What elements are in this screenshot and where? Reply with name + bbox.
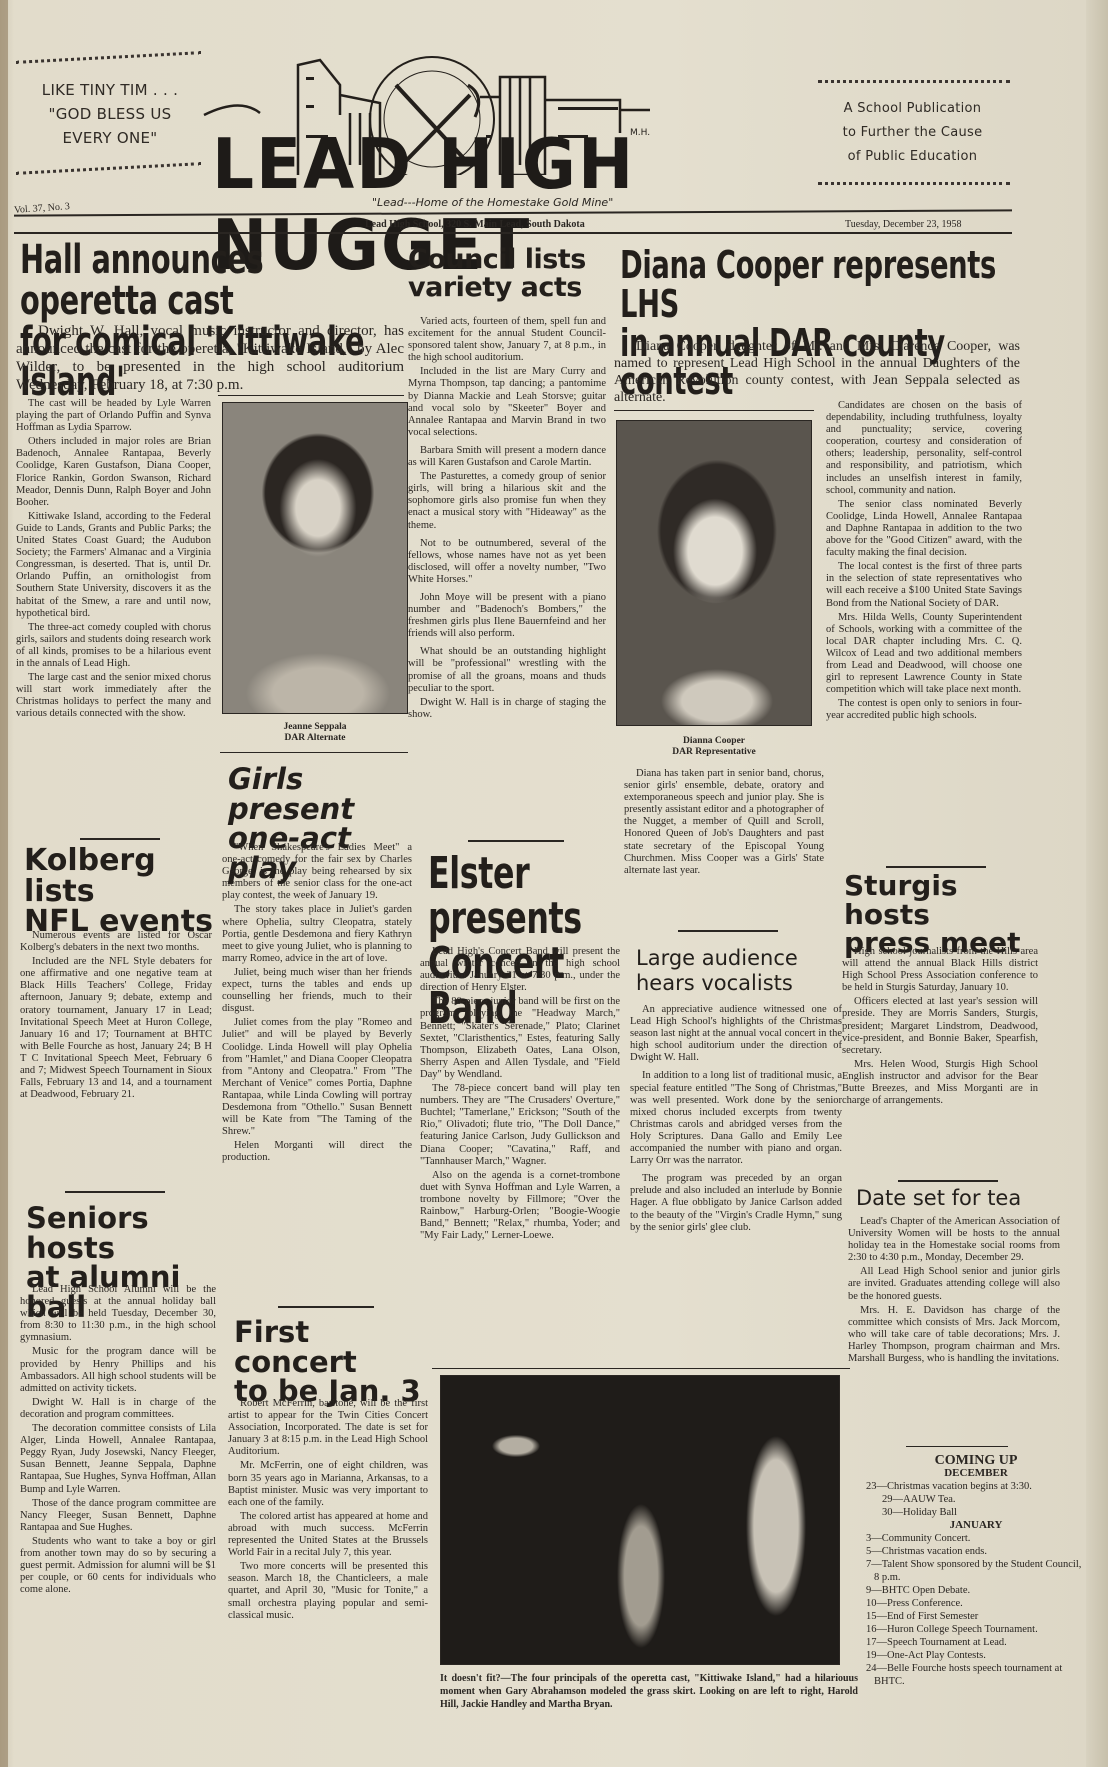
headline-sturgis: Sturgis hosts press meet bbox=[844, 872, 1044, 958]
ear-line: LIKE TINY TIM . . . bbox=[30, 78, 190, 102]
calendar-item: 16—Huron College Speech Tournament. bbox=[866, 1623, 1086, 1636]
calendar-item: 3—Community Concert. bbox=[866, 1532, 1086, 1545]
tea-body: Lead's Chapter of the American Associati… bbox=[848, 1216, 1060, 1367]
divider bbox=[80, 838, 160, 840]
headline-line: Date set for tea bbox=[856, 1188, 1056, 1209]
paragraph: High school journalists from the Hills a… bbox=[842, 946, 1038, 994]
paragraph: Mrs. Hilda Wells, County Superintendent … bbox=[826, 612, 1022, 697]
divider bbox=[220, 752, 408, 753]
paragraph: Kittiwake Island, according to the Feder… bbox=[16, 511, 211, 620]
paragraph: John Moye will be present with a piano n… bbox=[408, 592, 606, 640]
photo-caption-operetta: It doesn't fit?—The four principals of t… bbox=[440, 1672, 858, 1711]
headline-line: Kolberg lists bbox=[24, 846, 214, 907]
calendar-item: 30—Holiday Ball bbox=[866, 1506, 1086, 1519]
divider bbox=[432, 1368, 850, 1369]
paragraph: Students who want to take a boy or girl … bbox=[20, 1536, 216, 1596]
paragraph: All Lead High School senior and junior g… bbox=[848, 1266, 1060, 1302]
divider bbox=[906, 1446, 1008, 1447]
headline-vocalists: Large audience hears vocalists bbox=[636, 946, 836, 996]
paragraph: Two more concerts will be presented this… bbox=[228, 1561, 428, 1621]
caption-text: It doesn't fit?—The four principals of t… bbox=[440, 1672, 858, 1711]
caption-line: DAR Alternate bbox=[222, 733, 408, 744]
paragraph: An appreciative audience witnessed one o… bbox=[630, 1004, 842, 1064]
lead-paragraph: Dwight W. Hall, vocal music instructor a… bbox=[16, 322, 404, 394]
elster-body: Lead High's Concert Band will present th… bbox=[420, 946, 620, 1244]
ornament-rule bbox=[16, 162, 201, 176]
divider bbox=[278, 1306, 374, 1308]
caption-line: DAR Representative bbox=[616, 747, 812, 758]
paragraph: Not to be outnumbered, several of the fe… bbox=[408, 538, 606, 586]
ornament-rule bbox=[16, 51, 201, 65]
paragraph: Dwight W. Hall is in charge of the decor… bbox=[20, 1397, 216, 1421]
paragraph: Officers elected at last year's session … bbox=[842, 996, 1038, 1056]
calendar-item: 19—One-Act Play Contests. bbox=[866, 1649, 1086, 1662]
calendar-item: 10—Press Conference. bbox=[866, 1597, 1086, 1610]
divider bbox=[678, 930, 778, 932]
headline-line: Diana Cooper represents LHS bbox=[620, 246, 1023, 324]
page-edge-left bbox=[0, 0, 8, 1767]
calendar-item: 17—Speech Tournament at Lead. bbox=[866, 1636, 1086, 1649]
headline-line: variety acts bbox=[408, 274, 608, 302]
caption-line: Jeanne Seppala bbox=[222, 722, 408, 733]
ear-line: to Further the Cause bbox=[830, 121, 995, 145]
school-address: Lead High School, 320 S. Main Lead, Sout… bbox=[365, 219, 585, 230]
paragraph: Lead High's Concert Band will present th… bbox=[420, 946, 620, 994]
headline-line: Elster presents bbox=[428, 852, 615, 942]
seniors-body: Lead High School Alumni will be the hono… bbox=[20, 1284, 216, 1598]
masthead-tagline: "Lead---Home of the Homestake Gold Mine" bbox=[372, 196, 613, 209]
paragraph: Mrs. Helen Wood, Sturgis High School Eng… bbox=[842, 1059, 1038, 1107]
ear-line: "GOD BLESS US bbox=[30, 102, 190, 126]
paragraph: Juliet comes from the play "Romeo and Ju… bbox=[222, 1017, 412, 1138]
headline-tea: Date set for tea bbox=[856, 1188, 1056, 1209]
calendar-item: 29—AAUW Tea. bbox=[866, 1493, 1086, 1506]
paragraph: The senior class nominated Beverly Cooli… bbox=[826, 499, 1022, 559]
headline-line: First concert bbox=[234, 1318, 434, 1377]
paragraph: "When Shakespeare's Ladies Meet" a one-a… bbox=[222, 842, 412, 902]
paragraph: Barbara Smith will present a modern danc… bbox=[408, 445, 606, 469]
divider bbox=[886, 866, 986, 868]
paragraph: The contest is open only to seniors in f… bbox=[826, 698, 1022, 722]
paragraph: The decoration committee consists of Lil… bbox=[20, 1423, 216, 1496]
masthead-rule bbox=[14, 232, 1012, 234]
headline-line: Large audience bbox=[636, 946, 836, 971]
calendar-item: 23—Christmas vacation begins at 3:30. bbox=[866, 1480, 1086, 1493]
ear-line: A School Publication bbox=[830, 97, 995, 121]
issue-date: Tuesday, December 23, 1958 bbox=[845, 219, 961, 230]
girls-play-body: "When Shakespeare's Ladies Meet" a one-a… bbox=[222, 842, 412, 1166]
caption-line: Dianna Cooper bbox=[616, 736, 812, 747]
newspaper-page: LIKE TINY TIM . . . "GOD BLESS US EVERY … bbox=[0, 0, 1108, 1767]
paragraph: The program was preceded by an organ pre… bbox=[630, 1173, 842, 1233]
calendar-item: 7—Talent Show sponsored by the Student C… bbox=[866, 1558, 1086, 1584]
calendar-item: 24—Belle Fourche hosts speech tournament… bbox=[866, 1662, 1086, 1688]
right-ear: A School Publication to Further the Caus… bbox=[830, 97, 995, 169]
coming-up-calendar: COMING UP DECEMBER 23—Christmas vacation… bbox=[866, 1454, 1086, 1688]
divider bbox=[898, 1180, 998, 1182]
headline-kolberg: Kolberg lists NFL events bbox=[24, 846, 214, 938]
paragraph: The 78-piece concert band will play ten … bbox=[420, 1083, 620, 1168]
calendar-item: 15—End of First Semester bbox=[866, 1610, 1086, 1623]
paragraph: Robert McFerrin, baritone, will be the f… bbox=[228, 1398, 428, 1458]
kolberg-body: Numerous events are listed for Oscar Kol… bbox=[20, 930, 212, 1103]
paragraph: The local contest is the first of three … bbox=[826, 561, 1022, 609]
calendar-month: JANUARY bbox=[866, 1519, 1086, 1532]
paragraph: Included are the NFL Style debaters for … bbox=[20, 956, 212, 1101]
vocalists-body: An appreciative audience witnessed one o… bbox=[630, 1004, 842, 1236]
ear-line: EVERY ONE" bbox=[30, 126, 190, 150]
ornament-rule bbox=[818, 80, 1010, 84]
left-ear: LIKE TINY TIM . . . "GOD BLESS US EVERY … bbox=[30, 78, 190, 150]
divider bbox=[65, 1191, 165, 1193]
paragraph: Others included in major roles are Brian… bbox=[16, 436, 211, 509]
operetta-body: The cast will be headed by Lyle Warren p… bbox=[16, 398, 211, 722]
paragraph: The cast will be headed by Lyle Warren p… bbox=[16, 398, 211, 434]
headline-line: Council lists bbox=[408, 246, 608, 274]
headline-line: Seniors hosts bbox=[26, 1204, 226, 1263]
dar-body-right: Candidates are chosen on the basis of de… bbox=[826, 400, 1022, 724]
operetta-lead: Dwight W. Hall, vocal music instructor a… bbox=[16, 322, 404, 396]
paragraph: The large cast and the senior mixed chor… bbox=[16, 672, 211, 720]
dar-lead: Diana Cooper, daughter of Mr. and Mrs. C… bbox=[614, 338, 1020, 408]
paragraph: Juliet, being much wiser than her friend… bbox=[222, 967, 412, 1015]
paragraph: The Pasturettes, a comedy group of senio… bbox=[408, 471, 606, 531]
paragraph: Dwight W. Hall is in charge of staging t… bbox=[408, 697, 606, 721]
headline-first-concert: First concert to be Jan. 3 bbox=[234, 1318, 434, 1407]
photo-diana-cooper bbox=[616, 420, 812, 726]
calendar-month: DECEMBER bbox=[866, 1467, 1086, 1480]
photo-jeanne-seppala bbox=[222, 402, 408, 714]
photo-operetta-cast bbox=[440, 1375, 840, 1665]
photo-caption-seppala: Jeanne Seppala DAR Alternate bbox=[222, 722, 408, 744]
paragraph: Mrs. H. E. Davidson has charge of the co… bbox=[848, 1305, 1060, 1365]
headline-council: Council lists variety acts bbox=[408, 246, 608, 301]
headline-line: Sturgis hosts bbox=[844, 872, 1044, 929]
divider bbox=[614, 410, 814, 411]
page-edge-right bbox=[1086, 0, 1108, 1767]
paragraph: Varied acts, fourteen of them, spell fun… bbox=[408, 316, 606, 364]
paragraph: Diana has taken part in senior band, cho… bbox=[624, 768, 824, 877]
paragraph: Included in the list are Mary Curry and … bbox=[408, 366, 606, 439]
paragraph: The three-act comedy coupled with chorus… bbox=[16, 622, 211, 670]
paragraph: In addition to a long list of traditiona… bbox=[630, 1070, 842, 1167]
calendar-item: 9—BHTC Open Debate. bbox=[866, 1584, 1086, 1597]
paragraph: Numerous events are listed for Oscar Kol… bbox=[20, 930, 212, 954]
dar-body-left: Diana has taken part in senior band, cho… bbox=[624, 768, 824, 879]
headline-line: Hall announces operetta cast bbox=[20, 240, 409, 322]
paragraph: Mr. McFerrin, one of eight children, was… bbox=[228, 1460, 428, 1508]
headline-line: hears vocalists bbox=[636, 971, 836, 996]
paragraph: The 80-piece junior band will be first o… bbox=[420, 996, 620, 1081]
ornament-rule bbox=[818, 182, 1010, 186]
divider bbox=[218, 395, 404, 396]
paragraph: Lead's Chapter of the American Associati… bbox=[848, 1216, 1060, 1264]
divider bbox=[468, 840, 564, 842]
paragraph: What should be an outstanding highlight … bbox=[408, 646, 606, 694]
ear-line: of Public Education bbox=[830, 145, 995, 169]
paragraph: Music for the program dance will be prov… bbox=[20, 1346, 216, 1394]
lead-paragraph: Diana Cooper, daughter of Mr. and Mrs. C… bbox=[614, 338, 1020, 406]
paragraph: Also on the agenda is a cornet-trombone … bbox=[420, 1170, 620, 1243]
paragraph: The story takes place in Juliet's garden… bbox=[222, 904, 412, 964]
paragraph: The colored artist has appeared at home … bbox=[228, 1511, 428, 1559]
paragraph: Candidates are chosen on the basis of de… bbox=[826, 400, 1022, 497]
calendar-title: COMING UP bbox=[866, 1454, 1086, 1467]
photo-caption-cooper: Dianna Cooper DAR Representative bbox=[616, 736, 812, 758]
calendar-item: 5—Christmas vacation ends. bbox=[866, 1545, 1086, 1558]
paragraph: Those of the dance program committee are… bbox=[20, 1498, 216, 1534]
sturgis-body: High school journalists from the Hills a… bbox=[842, 946, 1038, 1109]
headline-line: Girls present bbox=[228, 765, 418, 824]
paragraph: Helen Morganti will direct the productio… bbox=[222, 1140, 412, 1164]
paragraph: Lead High School Alumni will be the hono… bbox=[20, 1284, 216, 1344]
first-concert-body: Robert McFerrin, baritone, will be the f… bbox=[228, 1398, 428, 1624]
council-body: Varied acts, fourteen of them, spell fun… bbox=[408, 316, 606, 723]
